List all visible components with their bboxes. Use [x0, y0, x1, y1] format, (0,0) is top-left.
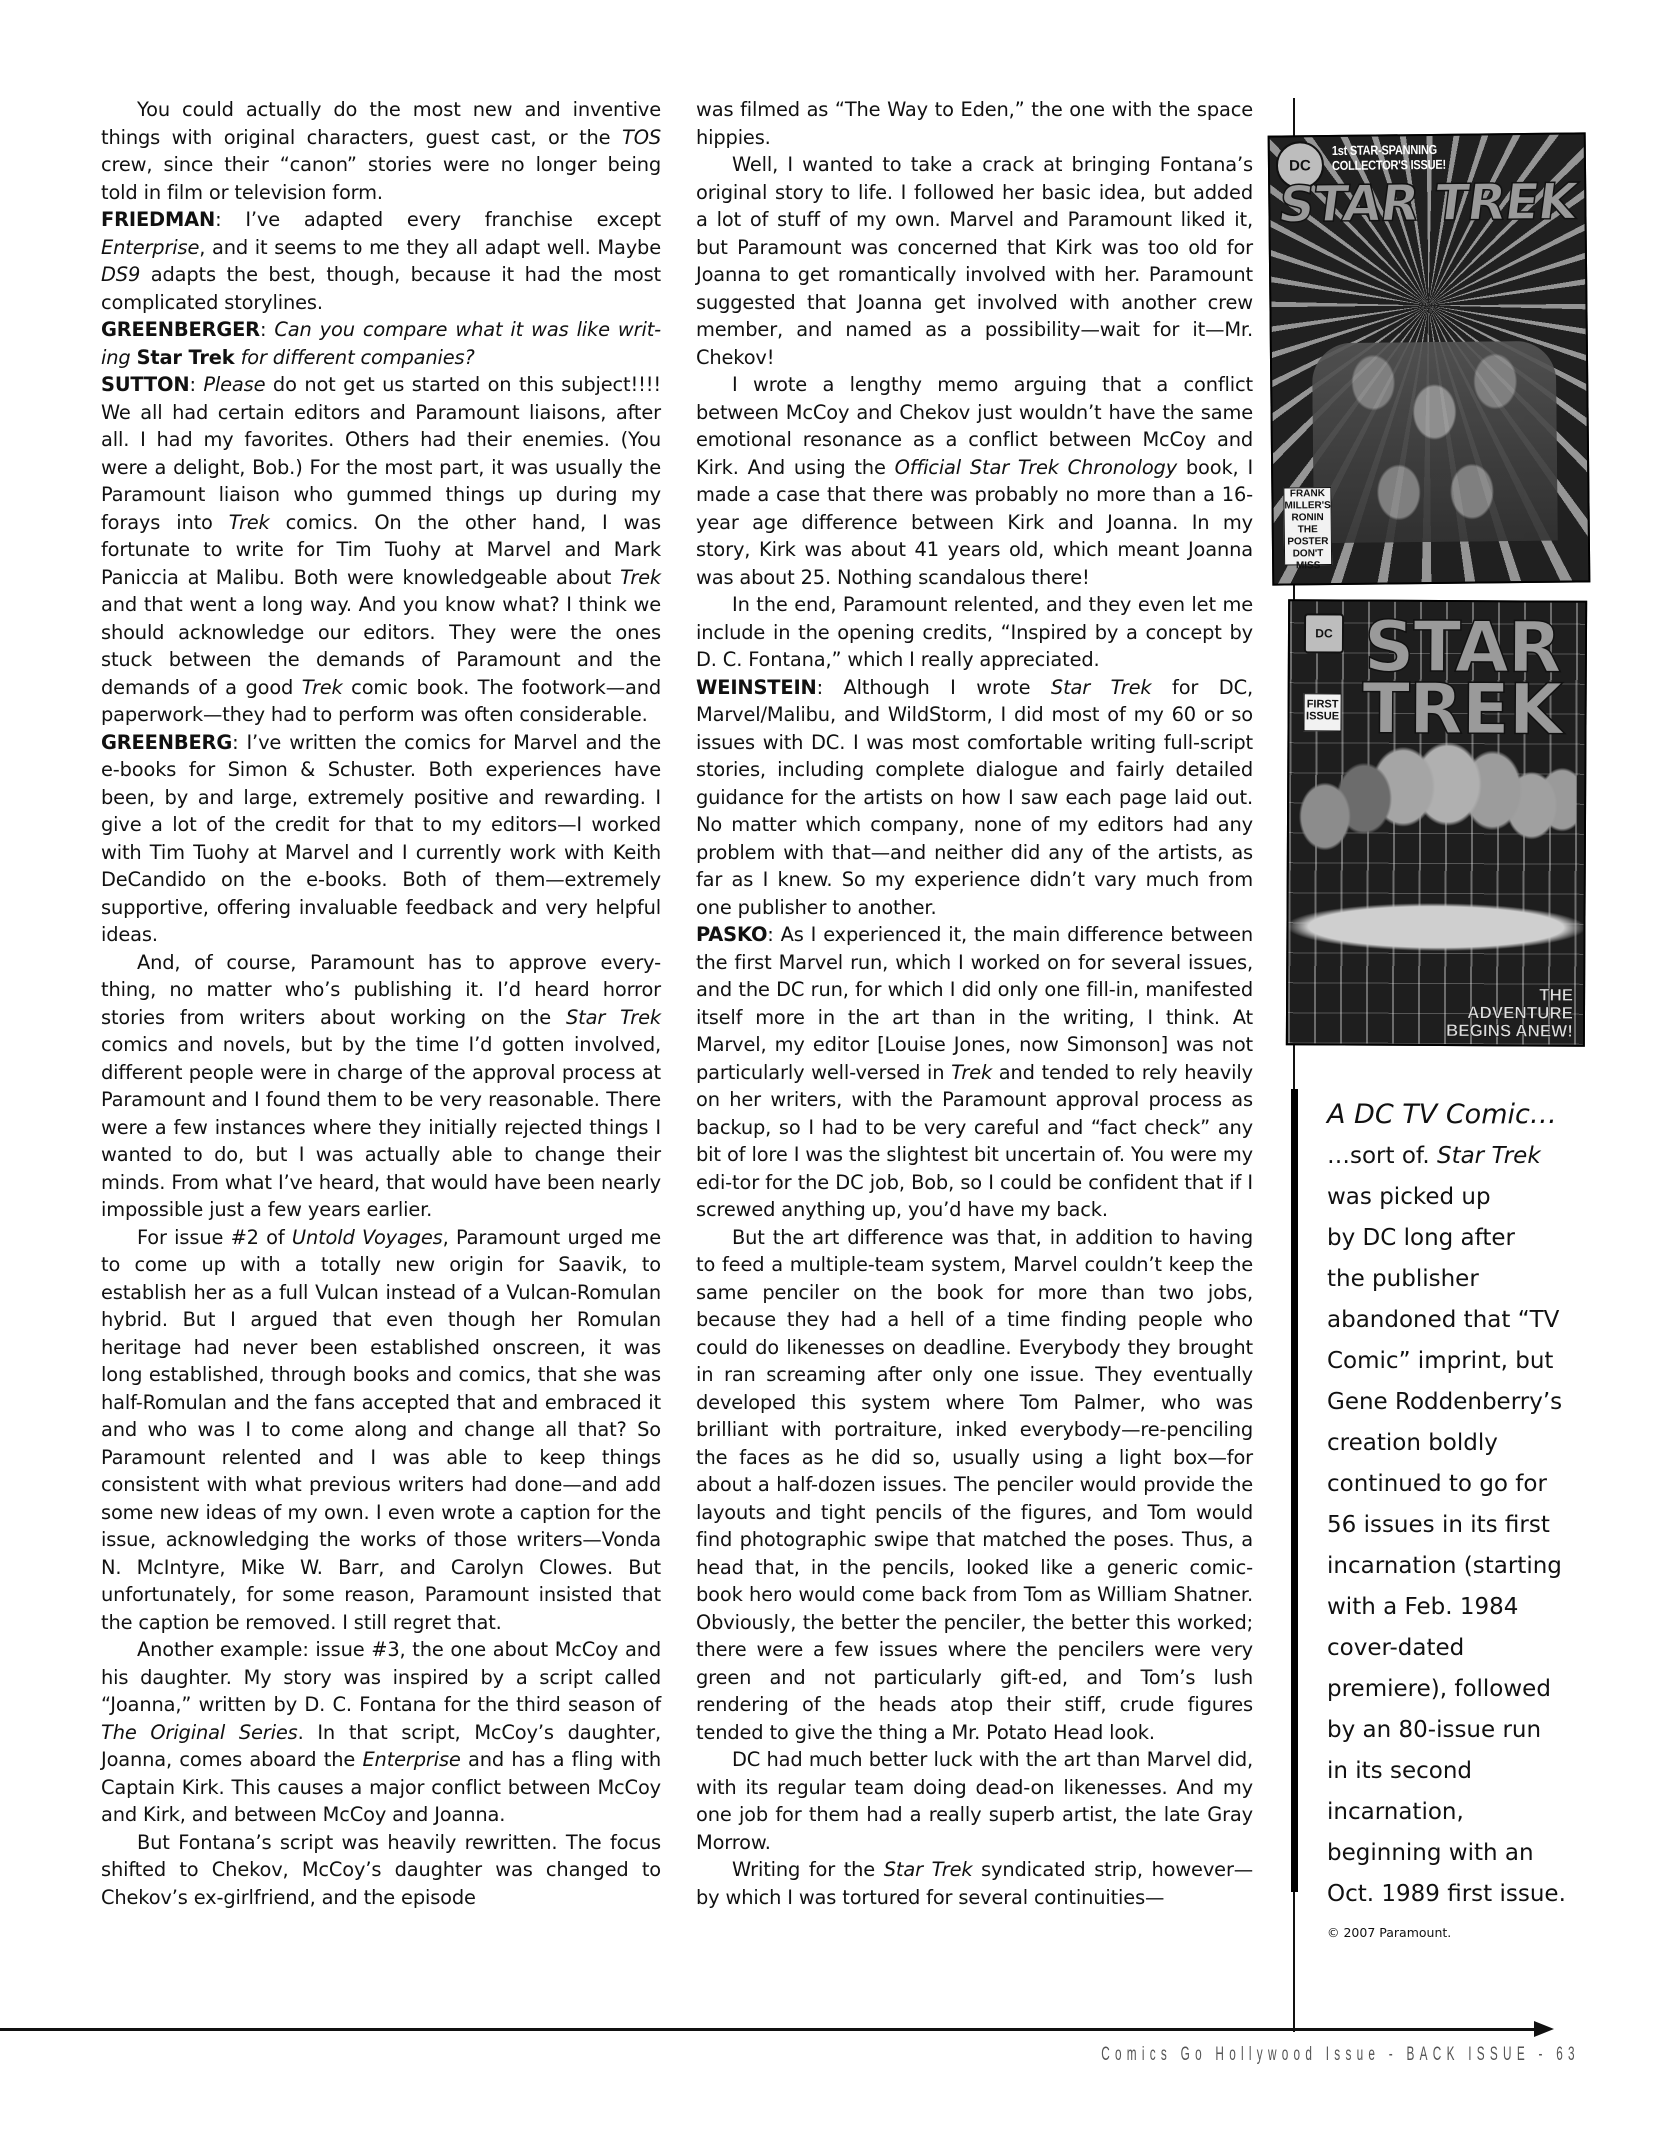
- dc-logo-icon: DC: [1304, 613, 1344, 653]
- interview-answer: SUTTON: Please do not get us started on …: [101, 371, 661, 729]
- first-issue-box: FIRST ISSUE: [1303, 693, 1341, 731]
- article-paragraph: Another example: issue #3, the one about…: [101, 1636, 661, 1829]
- side-box-line: RONIN: [1285, 512, 1331, 524]
- cover-side-box: FRANK MILLER'S RONIN THE POSTER DON'T MI…: [1283, 487, 1332, 565]
- tagline-line: THE: [1446, 986, 1573, 1005]
- interview-answer: WEINSTEIN: Although I wrote Star Trek fo…: [696, 674, 1253, 922]
- footer-issue-title: Comics Go Hollywood Issue: [1101, 2044, 1380, 2065]
- crew-portraits: [1297, 741, 1577, 892]
- article-paragraph: And, of course, Paramount has to approve…: [101, 949, 661, 1224]
- interview-answer: FRIEDMAN: I’ve adapted every franchise e…: [101, 206, 661, 316]
- logo-line: TREK: [1359, 678, 1564, 741]
- star-trek-logo: STAR TREK: [1359, 616, 1565, 741]
- image-caption: A DC TV Comic… …sort of. Star Trekwas pi…: [1327, 1098, 1587, 1943]
- caption-line: incarnation,: [1327, 1792, 1587, 1833]
- tagline-line: ADVENTURE: [1446, 1004, 1573, 1023]
- footer-rule: [0, 2028, 1538, 2031]
- caption-line: with a Feb. 1984: [1327, 1587, 1587, 1628]
- crew-illustration: [1312, 341, 1558, 544]
- arrow-right-icon: [1534, 2021, 1554, 2037]
- star-trek-logo: STAR TREK: [1268, 172, 1588, 233]
- page-footer: Comics Go Hollywood Issue - BACK ISSUE -…: [1101, 2044, 1560, 2066]
- article-paragraph: You could actually do the most new and i…: [101, 96, 661, 206]
- caption-line: creation boldly: [1327, 1423, 1587, 1464]
- caption-line: Comic” imprint, but: [1327, 1341, 1587, 1382]
- caption-line: cover-dated: [1327, 1628, 1587, 1669]
- caption-title: A DC TV Comic…: [1327, 1098, 1587, 1132]
- article-column-middle: was filmed as “The Way to Eden,” the one…: [696, 96, 1253, 1911]
- interview-answer: GREENBERGER: Can you compare what it was…: [101, 316, 661, 371]
- enterprise-illustration: [1288, 901, 1583, 953]
- speaker-name: FRIEDMAN: [101, 208, 215, 231]
- caption-line: in its second: [1327, 1751, 1587, 1792]
- caption-line: …sort of. Star Trek: [1327, 1136, 1587, 1177]
- side-box-line: THE POSTER: [1285, 524, 1331, 548]
- caption-line: Oct. 1989 first issue.: [1327, 1874, 1587, 1915]
- side-box-line: FRANK MILLER'S: [1284, 488, 1330, 512]
- caption-accent-bar: [1291, 1089, 1298, 1892]
- caption-line: incarnation (starting: [1327, 1546, 1587, 1587]
- caption-line: by DC long after: [1327, 1218, 1587, 1259]
- copyright-credit: © 2007 Paramount.: [1327, 1923, 1587, 1943]
- caption-line: continued to go for: [1327, 1464, 1587, 1505]
- comic-cover-1989: DC STAR TREK FIRST ISSUE THE ADVENTURE B…: [1286, 599, 1587, 1047]
- caption-line: Gene Roddenberry’s: [1327, 1382, 1587, 1423]
- caption-line: was picked up: [1327, 1177, 1587, 1218]
- interview-answer: PASKO: As I experienced it, the main dif…: [696, 921, 1253, 1224]
- cover-banner: 1st STAR-SPANNING COLLECTOR'S ISSUE!: [1332, 141, 1504, 173]
- caption-line: beginning with an: [1327, 1833, 1587, 1874]
- caption-line: 56 issues in its first: [1327, 1505, 1587, 1546]
- caption-body: …sort of. Star Trekwas picked upby DC lo…: [1327, 1136, 1587, 1915]
- article-paragraph: But Fontana’s script was heavily rewritt…: [101, 1829, 661, 1912]
- caption-line: the publisher: [1327, 1259, 1587, 1300]
- comic-cover-1984: DC 1st STAR-SPANNING COLLECTOR'S ISSUE! …: [1268, 132, 1591, 585]
- article-paragraph: I wrote a lengthy memo arguing that a co…: [696, 371, 1253, 591]
- cover-tagline: THE ADVENTURE BEGINS ANEW!: [1446, 986, 1573, 1041]
- caption-line: premiere), followed: [1327, 1669, 1587, 1710]
- article-paragraph: DC had much better luck with the art tha…: [696, 1746, 1253, 1856]
- speaker-name: GREENBERG: [101, 731, 232, 754]
- speaker-name: GREENBERGER: [101, 318, 260, 341]
- footer-separator: -: [1389, 2044, 1398, 2065]
- footer-separator: -: [1538, 2044, 1547, 2065]
- interview-answer: GREENBERG: I’ve written the comics for M…: [101, 729, 661, 949]
- article-paragraph: For issue #2 of Untold Voyages, Paramoun…: [101, 1224, 661, 1637]
- caption-line: abandoned that “TV: [1327, 1300, 1587, 1341]
- article-paragraph: Writing for the Star Trek syndicated str…: [696, 1856, 1253, 1911]
- article-paragraph: Well, I wanted to take a crack at bringi…: [696, 151, 1253, 371]
- side-box-line: DON'T MISS: [1285, 548, 1331, 572]
- speaker-name: WEINSTEIN: [696, 676, 817, 699]
- tagline-line: BEGINS ANEW!: [1446, 1022, 1573, 1041]
- article-paragraph: was filmed as “The Way to Eden,” the one…: [696, 96, 1253, 151]
- speaker-name: Star Trek: [137, 346, 235, 369]
- article-paragraph: In the end, Paramount relented, and they…: [696, 591, 1253, 674]
- footer-magazine-name: BACK ISSUE: [1407, 2044, 1530, 2065]
- caption-line: by an 80-issue run: [1327, 1710, 1587, 1751]
- page-number: 63: [1556, 2044, 1580, 2065]
- article-paragraph: But the art difference was that, in addi…: [696, 1224, 1253, 1747]
- speaker-name: PASKO: [696, 923, 767, 946]
- article-column-left: You could actually do the most new and i…: [101, 96, 661, 1911]
- speaker-name: SUTTON: [101, 373, 189, 396]
